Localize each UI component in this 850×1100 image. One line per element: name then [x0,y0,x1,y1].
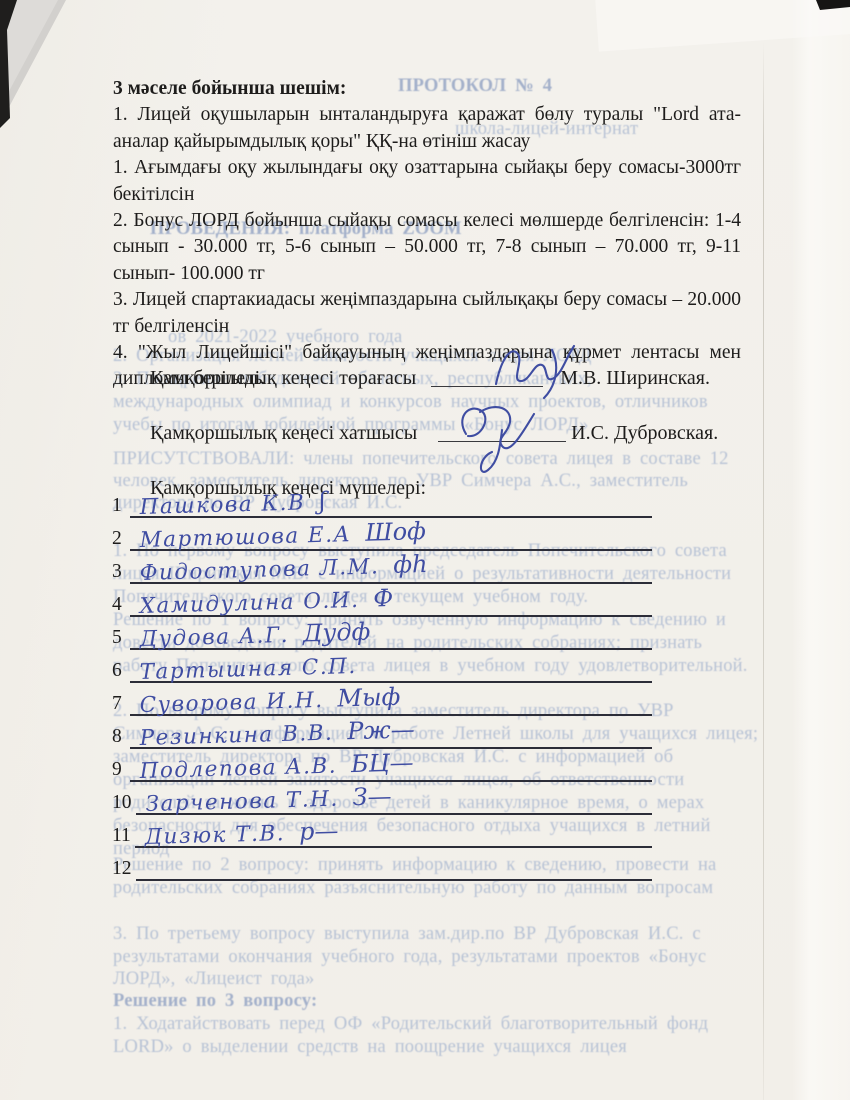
member-row: 9Подлепова А.В.БЦ— [112,756,652,782]
member-handwritten-name: Фидоступова Л.М.фһ [139,550,428,586]
member-handwritten-name: Зарченова Т.Н.З— [145,782,392,817]
scanned-protocol-page: ПРОТОКОЛ № 4школа-лицей-интернатПРОВЕДЕН… [0,0,850,1100]
member-handwritten-name: Резинкина В.В.Рж— [139,715,415,751]
bleed-through-line: ЛОРД», «Лицеист года» [113,969,314,990]
member-number: 1 [112,494,130,518]
member-signature-line: Мартюшова Е.АШоф [130,523,652,551]
member-number: 9 [112,758,130,782]
member-handwritten-name: Хамидулина О.И.Ф [139,584,393,619]
member-signature-line: Суворова И.Н.Мыф [130,688,652,716]
member-row: 7Суворова И.Н.Мыф [112,690,652,716]
bleed-through-line: результатами окончания учебного года, ре… [113,947,706,968]
member-row: 12 [112,855,652,881]
member-row: 11Дизюк Т.В.р— [112,822,652,848]
member-signature-flourish: фһ [379,550,428,579]
member-signature-flourish: Мыф [323,683,401,713]
member-row: 2Мартюшова Е.АШоф [112,525,652,551]
secretary-signature-row: Қамқоршылық кеңесі хатшысы И.С. Дубровск… [150,422,718,445]
bleed-through-line: LORD» о выделении средств на поощрение у… [113,1037,627,1058]
member-number: 5 [112,626,130,650]
decision-paragraphs: 1. Лицей оқушыларын ынталандыруға қаража… [113,102,741,392]
paper-crease-line [763,42,764,1100]
chairman-label: Қамқоршылық кеңесі төрағасы [150,367,416,389]
member-handwritten-name: Мартюшова Е.АШоф [139,517,426,553]
secretary-label: Қамқоршылық кеңесі хатшысы [150,422,417,444]
member-handwritten-name: Суворова И.Н.Мыф [139,683,401,718]
member-signature-flourish: З— [338,782,392,811]
member-number: 6 [112,659,130,683]
decision-paragraph: 2. Бонус ЛОРД бойынша сыйақы сомасы келе… [113,208,741,287]
member-number: 8 [112,725,130,749]
member-number: 11 [112,824,135,848]
member-number: 2 [112,527,130,551]
bleed-through-line: 1. Ходатайствовать перед ОФ «Родительски… [113,1014,708,1035]
bleed-through-line: Решение по 3 вопросу: [113,991,317,1012]
member-signature-flourish: Дудф [289,618,371,648]
member-row: 5Дудова А.Г.Дудф [112,624,652,650]
member-signature-line: Зарченова Т.Н.З— [136,787,653,815]
decision-paragraph: 1. Лицей оқушыларын ынталандыруға қаража… [113,102,741,155]
member-row: 8Резинкина В.В.Рж— [112,723,652,749]
member-number: 4 [112,593,130,617]
folded-corner-top-left [0,0,78,140]
member-handwritten-name: Подлепова А.В.БЦ— [139,748,414,784]
member-row: 1Пашкова К.Вʃ [112,492,652,518]
secretary-name: И.С. Дубровская. [571,422,718,444]
member-row: 4Хамидулина О.И.Ф [112,591,652,617]
member-handwritten-name: Дизюк Т.В.р— [144,817,339,850]
decision-heading: 3 мәселе бойынша шешім: [113,76,741,102]
member-signature-line: Подлепова А.В.БЦ— [130,754,652,782]
decision-paragraph: 3. Лицей спартакиадасы жеңімпаздарына сы… [113,287,741,340]
member-row: 6Тартышная С.П. [112,657,652,683]
member-signature-line: Резинкина В.В.Рж— [130,721,652,749]
member-handwritten-name: Тартышная С.П. [139,654,357,685]
member-signature-flourish: БЦ— [337,748,414,778]
member-signature-flourish: Рж— [333,715,415,745]
member-signature-line: Тартышная С.П. [130,655,652,683]
decision-paragraph: 1. Ағымдағы оқу жылындағы оқу озаттарына… [113,155,741,208]
member-handwritten-name: Пашкова К.Вʃ [139,487,326,520]
decision-text-block: 3 мәселе бойынша шешім: 1. Лицей оқушыла… [113,76,741,393]
bleed-through-line: международных олимпиад и конкурсов научн… [113,392,708,413]
member-number: 10 [112,791,136,815]
member-signature-line: Дудова А.Г.Дудф [130,622,652,650]
scan-mark-top-right [810,0,850,14]
member-row: 10Зарченова Т.Н.З— [112,789,652,815]
member-number: 7 [112,692,130,716]
chairman-signature-row: Қамқоршылық кеңесі төрағасы М.В. Ширинск… [150,367,710,390]
member-signature-flourish: ʃ [305,487,326,516]
member-signature-flourish: Шоф [351,517,426,547]
member-handwritten-name: Дудова А.Г.Дудф [139,618,371,652]
member-signature-line: Дизюк Т.В.р— [135,820,652,848]
member-signature-flourish: р— [284,817,338,846]
member-signature-line: Пашкова К.Вʃ [130,490,652,518]
chairman-signature-ink [492,340,592,402]
member-signature-flourish: Ф [359,584,394,613]
member-signature-line: Фидоступова Л.М.фһ [130,556,652,584]
bleed-through-line: 3. По третьему вопросу выступила зам.дир… [113,924,701,945]
member-row: 3Фидоступова Л.М.фһ [112,558,652,584]
member-number: 12 [112,857,136,881]
member-number: 3 [112,560,130,584]
bleed-through-line: родительских собраниях разъяснительную р… [113,878,713,899]
secretary-signature-ink [452,400,552,484]
bleed-through-line: ПРИСУТСТВОВАЛИ: члены попечительского со… [113,449,729,470]
member-signature-line [136,853,653,881]
member-signature-line: Хамидулина О.И.Ф [130,589,652,617]
